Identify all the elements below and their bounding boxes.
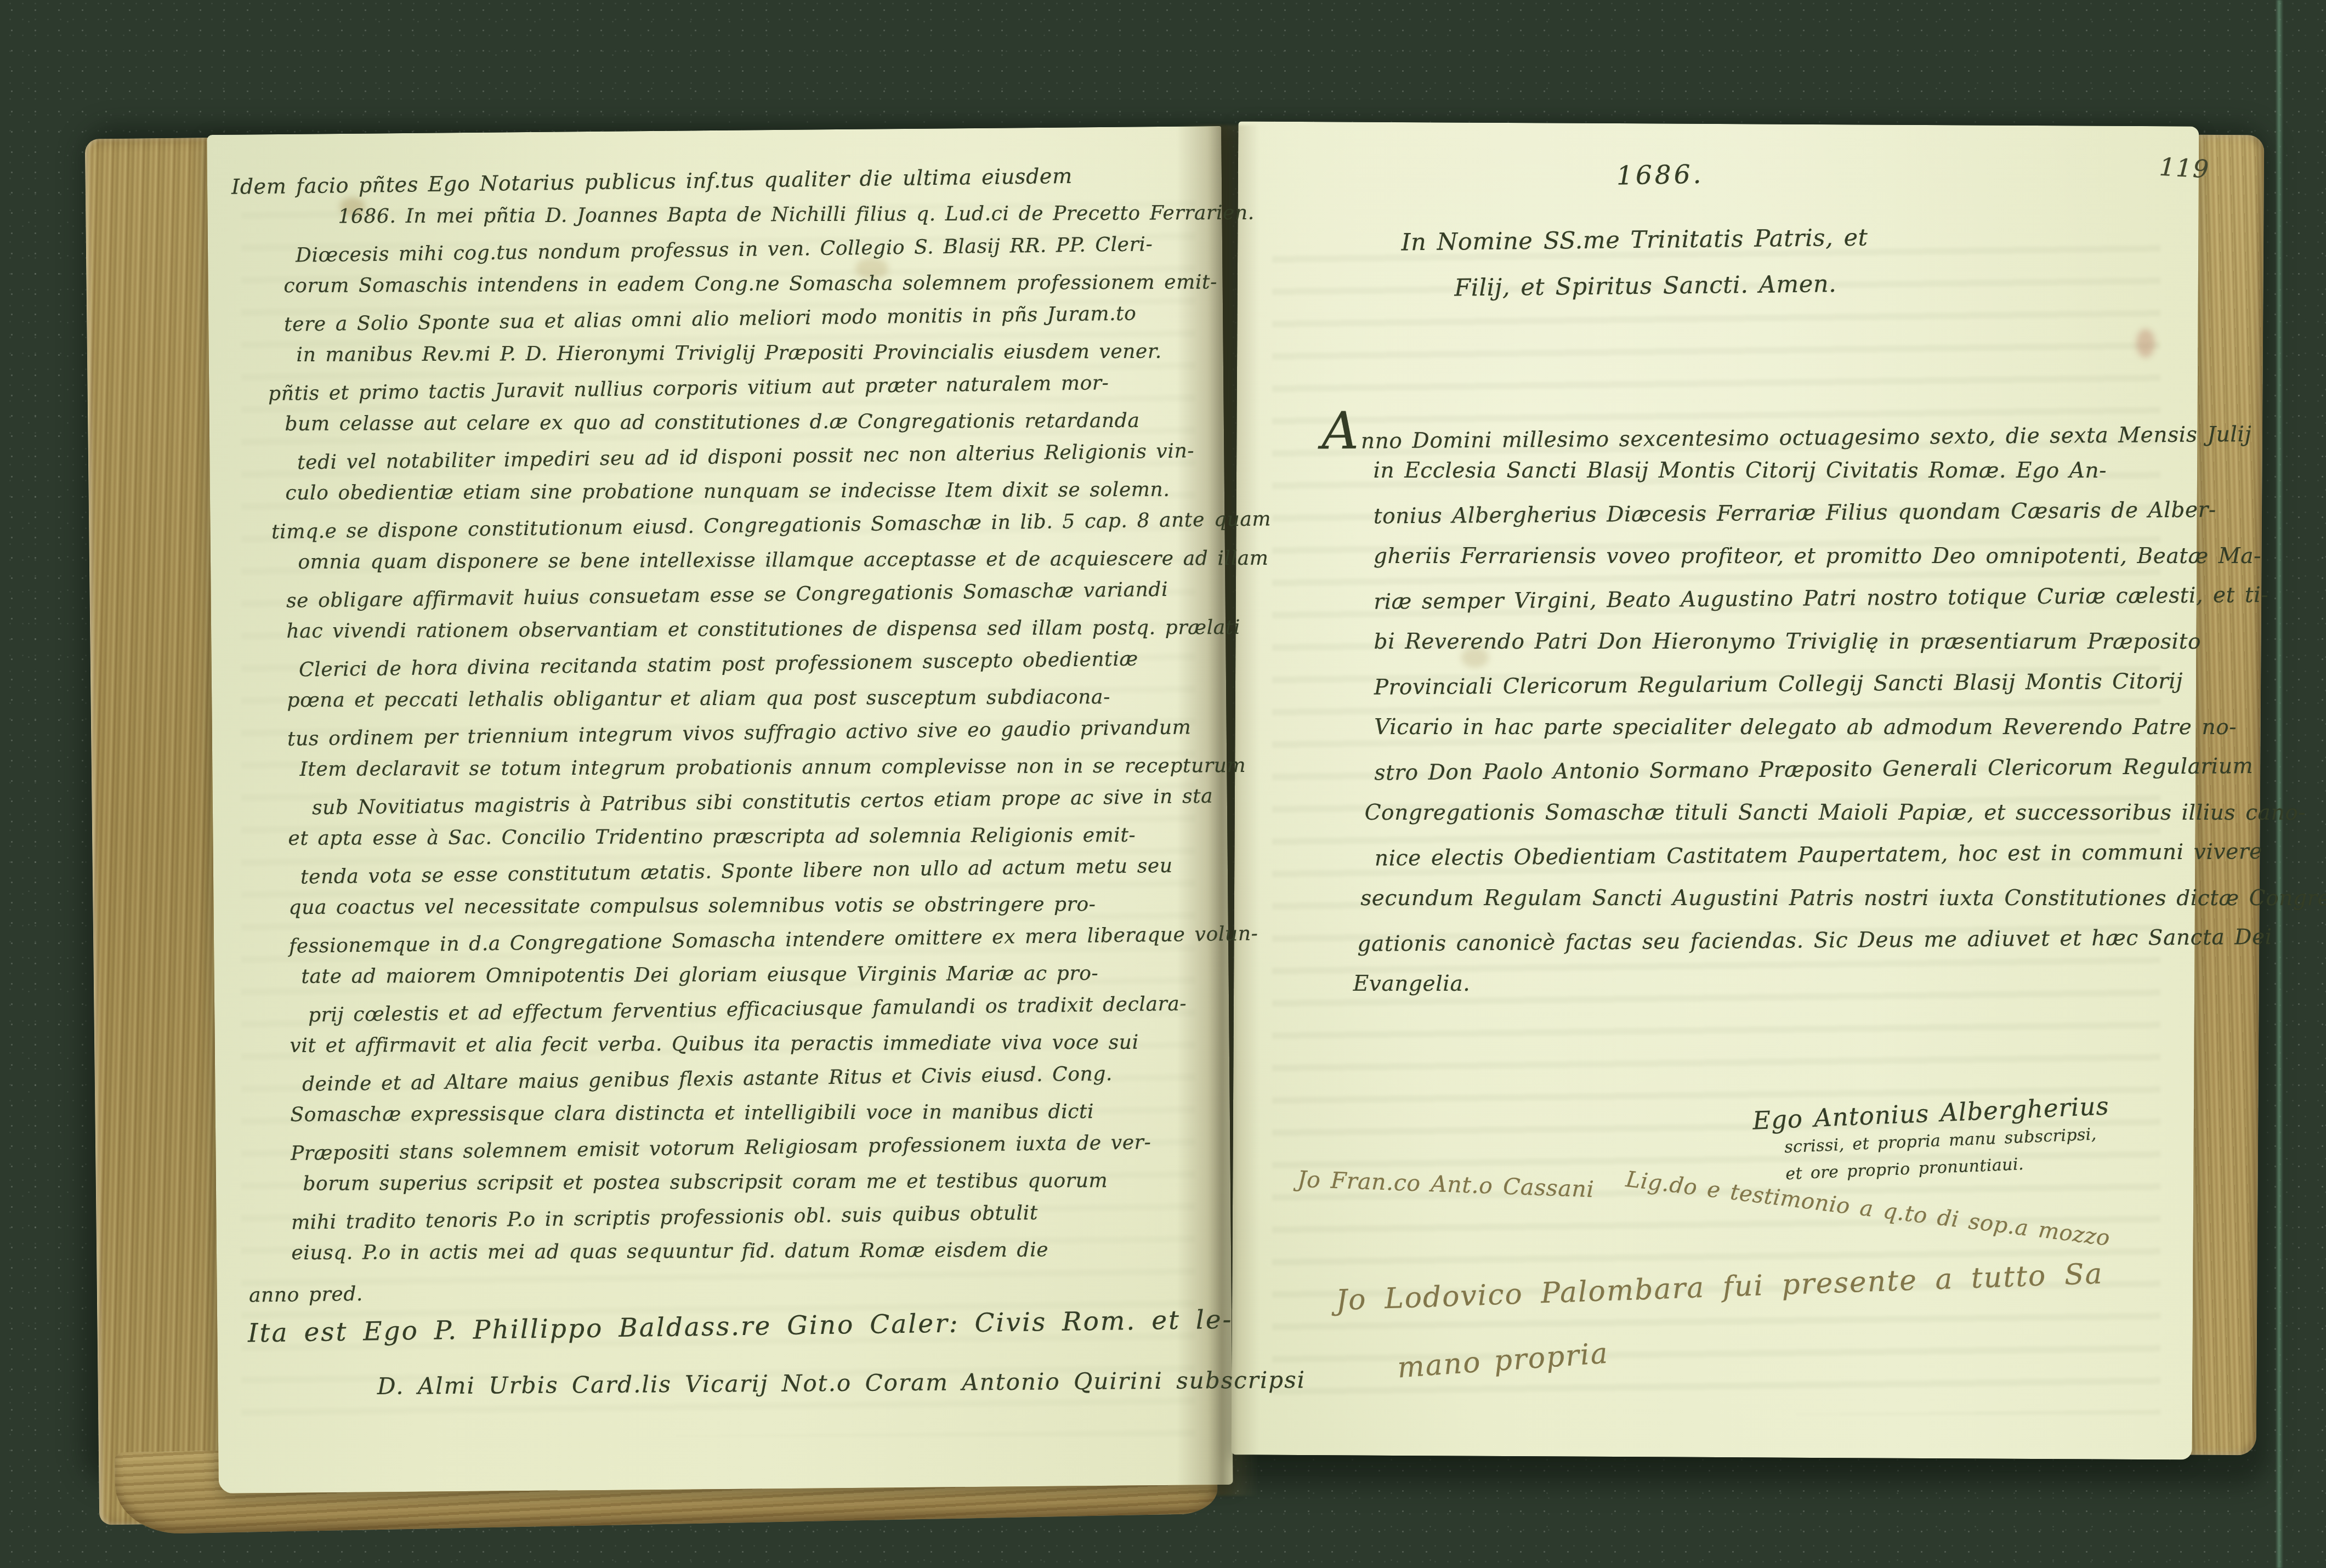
manuscript-line: eiusq. P.o in actis mei ad quas sequuntu… [291, 1232, 1226, 1270]
manuscript-line: Provinciali Clericorum Regularium Colleg… [1374, 660, 2187, 709]
left-page-text-block: Idem facio pñtes Ego Notarius publicus i… [230, 160, 1226, 1310]
manuscript-line: secundum Regulam Sancti Augustini Patris… [1360, 877, 2187, 920]
invocation-heading: In Nomine SS.me Trinitatis Patris, etFil… [1401, 215, 1869, 312]
folio-page-number: 119 [2159, 152, 2211, 184]
manuscript-line: Filij, et Spiritus Sancti. Amen. [1454, 261, 1869, 311]
manuscript-line: nice electis Obedientiam Castitatem Paup… [1375, 831, 2188, 880]
manuscript-line: Anno Domini millesimo sexcentesimo octua… [1321, 404, 2186, 453]
manuscript-line: Congregationis Somaschæ tituli Sancti Ma… [1365, 792, 2187, 834]
manuscript-line: riæ semper Virgini, Beato Augustino Patr… [1374, 575, 2187, 624]
manuscript-line: tonius Albergherius Diæcesis Ferrariæ Fi… [1373, 489, 2186, 538]
manuscript-line: Vicario in hac parte specialiter delegat… [1374, 706, 2187, 749]
foxing-stain [2136, 329, 2155, 357]
manuscript-line: Evangelia. [1353, 963, 2188, 1005]
manuscript-line: gheriis Ferrariensis voveo profiteor, et… [1374, 535, 2186, 578]
scanner-glass-reflection-stripe [2276, 0, 2283, 1568]
year-heading: 1686. [1616, 160, 1704, 191]
manuscript-line: In Nomine SS.me Trinitatis Patris, et [1401, 215, 1868, 266]
profession-formula-text-block: Anno Domini millesimo sexcentesimo octua… [1308, 405, 2188, 1007]
manuscript-line: stro Don Paolo Antonio Sormano Præposito… [1374, 746, 2187, 795]
manuscript-line: bi Reverendo Patri Don Hieronymo Trivigl… [1374, 621, 2187, 663]
photograph-of-open-manuscript-register: { "document": { "kind": "Notarial regist… [0, 0, 2326, 1568]
professed-autograph-signature: Ego Antonius Albergheriusscrissi, et pro… [1752, 1091, 2112, 1189]
manuscript-line: gationis canonicè factas seu faciendas. … [1357, 917, 2188, 966]
manuscript-line: in Ecclesia Sancti Blasij Montis Citorij… [1374, 450, 2186, 492]
